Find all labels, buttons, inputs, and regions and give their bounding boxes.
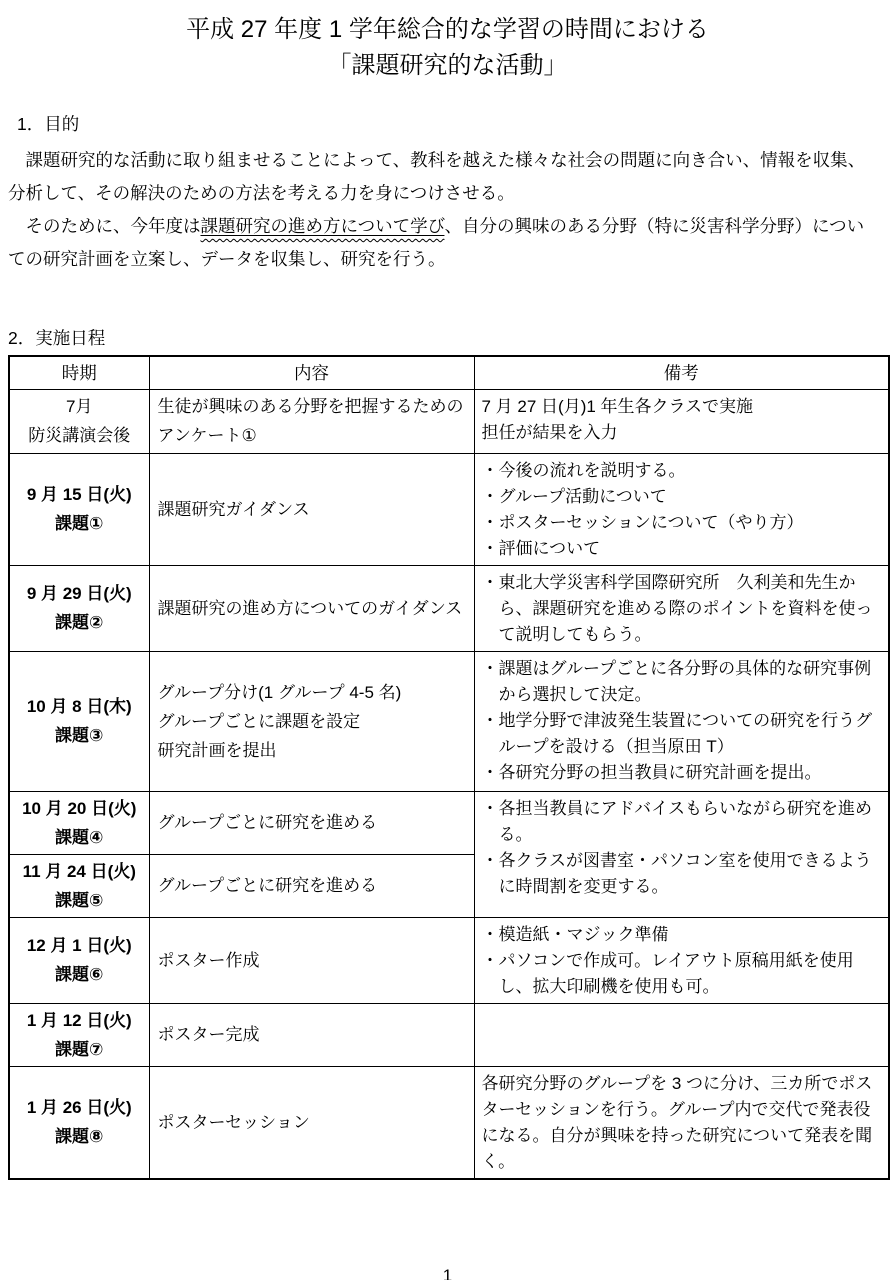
paragraph1-line2: 分析して、その解決のための方法を考える力を身につけさせる。 xyxy=(8,177,889,210)
period-line: 10 月 20 日(火) xyxy=(11,794,148,823)
period-line: 課題⑥ xyxy=(11,960,148,989)
period-line: 課題③ xyxy=(11,721,148,750)
document-page: 平成 27 年度 1 学年総合的な学習の時間における 「課題研究的な活動」 1．… xyxy=(0,0,895,1280)
remark-bullet: ・各研究分野の担当教員に研究計画を提出。 xyxy=(482,760,883,786)
remarks-cell: ・今後の流れを説明する。 ・グループ活動について ・ポスターセッションについて（… xyxy=(474,453,889,565)
remark-bullet: ・評価について xyxy=(482,536,883,562)
content-line: グループ分け(1 グループ 4-5 名) xyxy=(158,678,466,707)
paragraph1-line1: 課題研究的な活動に取り組ませることによって、教科を越えた様々な社会の問題に向き合… xyxy=(8,144,889,177)
content-line: ポスター作成 xyxy=(158,946,466,975)
column-header-remarks: 備考 xyxy=(474,356,889,389)
table-row: 1 月 26 日(火) 課題⑧ ポスターセッション 各研究分野のグループを 3 … xyxy=(9,1066,889,1179)
period-line: 課題④ xyxy=(11,823,148,852)
period-line: 7月 xyxy=(11,392,148,421)
period-cell: 12 月 1 日(火) 課題⑥ xyxy=(9,917,149,1003)
period-cell: 11 月 24 日(火) 課題⑤ xyxy=(9,854,149,917)
remarks-cell-empty xyxy=(474,1003,889,1066)
paragraph2-line2: ての研究計画を立案し、データを収集し、研究を行う。 xyxy=(8,243,889,276)
content-cell: 生徒が興味のある分野を把握するための アンケート① xyxy=(149,389,474,453)
page-number: 1 xyxy=(0,1266,895,1280)
content-line: 課題研究ガイダンス xyxy=(158,495,466,524)
remark-bullet: ・課題はグループごとに各分野の具体的な研究事例から選択して決定。 xyxy=(482,656,883,708)
remark-paragraph: 各研究分野のグループを 3 つに分け、三カ所でポスターセッションを行う。グループ… xyxy=(482,1071,883,1175)
document-title: 平成 27 年度 1 学年総合的な学習の時間における 「課題研究的な活動」 xyxy=(0,0,895,84)
remark-bullet: ・地学分野で津波発生装置についての研究を行うグループを設ける（担当原田 T） xyxy=(482,708,883,760)
remarks-cell: ・模造紙・マジック準備 ・パソコンで作成可。レイアウト原稿用紙を使用し、拡大印刷… xyxy=(474,917,889,1003)
content-line: 研究計画を提出 xyxy=(158,736,466,765)
paragraph2-text-after: 、自分の興味のある分野（特に災害科学分野）につい xyxy=(444,216,864,236)
content-cell: ポスター完成 xyxy=(149,1003,474,1066)
remark-line: 担任が結果を入力 xyxy=(482,420,883,446)
remark-bullet: ・東北大学災害科学国際研究所 久利美和先生から、課題研究を進める際のポイントを資… xyxy=(482,570,883,648)
remark-bullet: ・模造紙・マジック準備 xyxy=(482,922,883,948)
remarks-cell: 7 月 27 日(月)1 年生各クラスで実施 担任が結果を入力 xyxy=(474,389,889,453)
remark-line: 7 月 27 日(月)1 年生各クラスで実施 xyxy=(482,394,883,420)
content-line: グループごとに課題を設定 xyxy=(158,707,466,736)
period-line: 9 月 29 日(火) xyxy=(11,579,148,608)
remark-bullet: ・グループ活動について xyxy=(482,484,883,510)
table-row: 1 月 12 日(火) 課題⑦ ポスター完成 xyxy=(9,1003,889,1066)
table-row: 12 月 1 日(火) 課題⑥ ポスター作成 ・模造紙・マジック準備 ・パソコン… xyxy=(9,917,889,1003)
table-row: 9 月 29 日(火) 課題② 課題研究の進め方についてのガイダンス ・東北大学… xyxy=(9,565,889,651)
content-cell: 課題研究ガイダンス xyxy=(149,453,474,565)
remark-bullet: ・各担当教員にアドバイスもらいながら研究を進める。 xyxy=(482,796,883,848)
remark-bullet: ・各クラスが図書室・パソコン室を使用できるように時間割を変更する。 xyxy=(482,848,883,900)
section1-paragraph1: 課題研究的な活動に取り組ませることによって、教科を越えた様々な社会の問題に向き合… xyxy=(8,144,889,210)
content-cell: ポスター作成 xyxy=(149,917,474,1003)
table-header-row: 時期 内容 備考 xyxy=(9,356,889,389)
period-line: 課題① xyxy=(11,509,148,538)
period-cell: 10 月 8 日(木) 課題③ xyxy=(9,651,149,791)
remarks-cell: ・東北大学災害科学国際研究所 久利美和先生から、課題研究を進める際のポイントを資… xyxy=(474,565,889,651)
table-row: 10 月 8 日(木) 課題③ グループ分け(1 グループ 4-5 名) グルー… xyxy=(9,651,889,791)
content-cell: 課題研究の進め方についてのガイダンス xyxy=(149,565,474,651)
period-cell: 9 月 15 日(火) 課題① xyxy=(9,453,149,565)
content-line: グループごとに研究を進める xyxy=(158,871,466,900)
period-line: 課題⑤ xyxy=(11,886,148,915)
period-line: 11 月 24 日(火) xyxy=(11,857,148,886)
period-cell: 7月 防災講演会後 xyxy=(9,389,149,453)
content-line: 課題研究の進め方についてのガイダンス xyxy=(158,594,466,623)
content-cell: グループ分け(1 グループ 4-5 名) グループごとに課題を設定 研究計画を提… xyxy=(149,651,474,791)
content-cell: グループごとに研究を進める xyxy=(149,854,474,917)
content-line: ポスターセッション xyxy=(158,1108,466,1137)
paragraph2-line1: そのために、今年度は課題研究の進め方について学び、自分の興味のある分野（特に災害… xyxy=(8,210,889,243)
content-line: グループごとに研究を進める xyxy=(158,808,466,837)
period-cell: 1 月 26 日(火) 課題⑧ xyxy=(9,1066,149,1179)
section1-heading: 1．目的 xyxy=(17,112,895,136)
paragraph2-text-before: そのために、今年度は xyxy=(8,216,201,236)
content-line: 生徒が興味のある分野を把握するための xyxy=(158,392,466,421)
content-cell: グループごとに研究を進める xyxy=(149,791,474,854)
column-header-content: 内容 xyxy=(149,356,474,389)
remarks-cell: 各研究分野のグループを 3 つに分け、三カ所でポスターセッションを行う。グループ… xyxy=(474,1066,889,1179)
remarks-cell-merged: ・各担当教員にアドバイスもらいながら研究を進める。 ・各クラスが図書室・パソコン… xyxy=(474,791,889,917)
period-cell: 1 月 12 日(火) 課題⑦ xyxy=(9,1003,149,1066)
period-cell: 10 月 20 日(火) 課題④ xyxy=(9,791,149,854)
period-line: 9 月 15 日(火) xyxy=(11,480,148,509)
period-line: 12 月 1 日(火) xyxy=(11,931,148,960)
underlined-phrase: 課題研究の進め方について学び xyxy=(201,216,445,236)
column-header-period: 時期 xyxy=(9,356,149,389)
section2-heading: 2．実施日程 xyxy=(8,326,895,350)
period-line: 課題② xyxy=(11,608,148,637)
content-line: アンケート① xyxy=(158,421,466,450)
period-line: 10 月 8 日(木) xyxy=(11,692,148,721)
period-line: 1 月 12 日(火) xyxy=(11,1006,148,1035)
period-line: 1 月 26 日(火) xyxy=(11,1093,148,1122)
content-line: ポスター完成 xyxy=(158,1020,466,1049)
table-row: 10 月 20 日(火) 課題④ グループごとに研究を進める ・各担当教員にアド… xyxy=(9,791,889,854)
table-row: 7月 防災講演会後 生徒が興味のある分野を把握するための アンケート① 7 月 … xyxy=(9,389,889,453)
content-cell: ポスターセッション xyxy=(149,1066,474,1179)
document-title-line2: 「課題研究的な活動」 xyxy=(0,48,895,84)
period-line: 課題⑧ xyxy=(11,1122,148,1151)
period-line: 防災講演会後 xyxy=(11,421,148,450)
document-title-line1: 平成 27 年度 1 学年総合的な学習の時間における xyxy=(0,12,895,48)
remarks-cell: ・課題はグループごとに各分野の具体的な研究事例から選択して決定。 ・地学分野で津… xyxy=(474,651,889,791)
remark-bullet: ・今後の流れを説明する。 xyxy=(482,458,883,484)
table-row: 9 月 15 日(火) 課題① 課題研究ガイダンス ・今後の流れを説明する。 ・… xyxy=(9,453,889,565)
remark-bullet: ・ポスターセッションについて（やり方） xyxy=(482,510,883,536)
schedule-table: 時期 内容 備考 7月 防災講演会後 生徒が興味のある分野を把握するための アン… xyxy=(8,355,890,1180)
section1-paragraph2: そのために、今年度は課題研究の進め方について学び、自分の興味のある分野（特に災害… xyxy=(8,210,889,276)
period-line: 課題⑦ xyxy=(11,1035,148,1064)
period-cell: 9 月 29 日(火) 課題② xyxy=(9,565,149,651)
remark-bullet: ・パソコンで作成可。レイアウト原稿用紙を使用し、拡大印刷機を使用も可。 xyxy=(482,948,883,1000)
